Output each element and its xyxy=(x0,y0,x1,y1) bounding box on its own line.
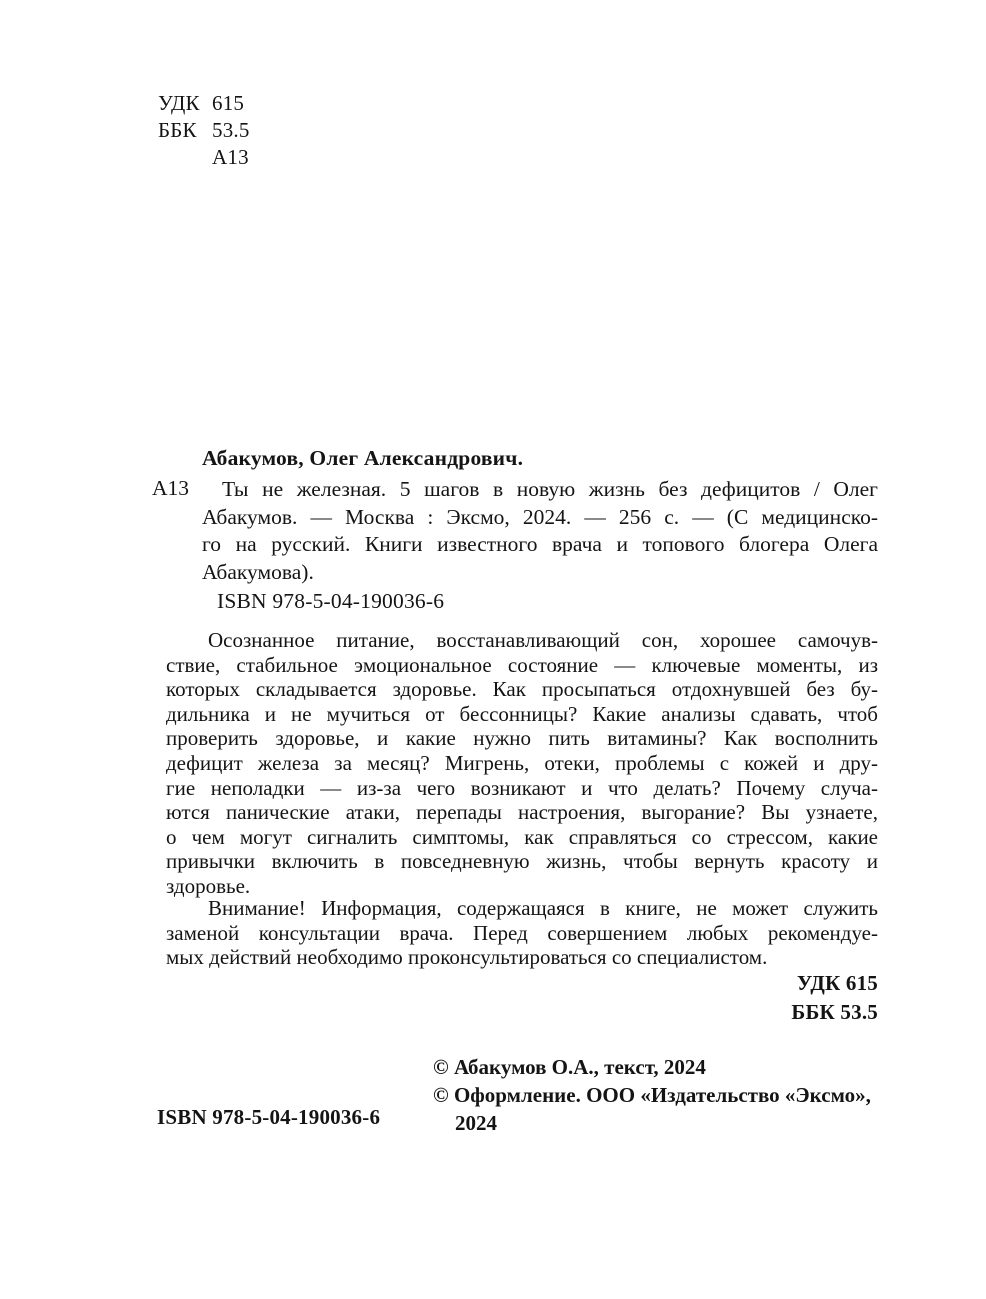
text-line: дефицит железа за месяц? Мигрень, отеки,… xyxy=(166,751,878,776)
text-line: которых складывается здоровье. Как просы… xyxy=(166,677,878,702)
warning-paragraph: Внимание! Информация, содержащаяся в кни… xyxy=(166,896,878,970)
bbk-label: ББК xyxy=(158,117,212,144)
text-line: Абакумов. — Москва : Эксмо, 2024. — 256 … xyxy=(202,504,878,532)
bibliographic-description: Ты не железная. 5 шагов в новую жизнь бе… xyxy=(202,476,878,586)
text-line: © Оформление. ООО «Издательство «Эксмо», xyxy=(433,1081,883,1109)
udk-value: 615 xyxy=(212,90,250,117)
text-line: Внимание! Информация, содержащаяся в кни… xyxy=(166,896,878,921)
text-line: Осознанное питание, восстанавливающий со… xyxy=(166,628,878,653)
footer-classification-refs: УДК 615 ББК 53.5 xyxy=(791,969,878,1027)
text-line: Ты не железная. 5 шагов в новую жизнь бе… xyxy=(202,476,878,504)
text-line: дильника и не мучиться от бессонницы? Ка… xyxy=(166,702,878,727)
footer-bbk: ББК 53.5 xyxy=(791,998,878,1027)
entry-code: А13 xyxy=(152,476,189,501)
text-line: мых действий необходимо проконсультирова… xyxy=(166,945,878,970)
copyright-block: © Абакумов О.А., текст, 2024© Оформление… xyxy=(433,1053,883,1137)
text-line: © Абакумов О.А., текст, 2024 xyxy=(433,1053,883,1081)
udk-label: УДК xyxy=(158,90,212,117)
author-heading: Абакумов, Олег Александрович. xyxy=(202,446,523,471)
author-sign: А13 xyxy=(212,144,250,171)
text-line: ствие, стабильное эмоциональное состояни… xyxy=(166,653,878,678)
text-line: заменой консультации врача. Перед соверш… xyxy=(166,921,878,946)
classification-block: УДК 615 ББК 53.5 А13 xyxy=(158,90,250,171)
author-sign-spacer xyxy=(158,144,212,171)
text-line: привычки включить в повседневную жизнь, … xyxy=(166,849,878,874)
text-line: гие неполадки — из-за чего возникают и ч… xyxy=(166,776,878,801)
text-line: о чем могут сигналить симптомы, как спра… xyxy=(166,825,878,850)
annotation-paragraph: Осознанное питание, восстанавливающий со… xyxy=(166,628,878,899)
text-line: здоровье. xyxy=(166,874,878,899)
text-line: 2024 xyxy=(455,1109,883,1137)
text-line: ются панические атаки, перепады настроен… xyxy=(166,800,878,825)
isbn-entry: ISBN 978-5-04-190036-6 xyxy=(217,589,444,614)
footer-udk: УДК 615 xyxy=(791,969,878,998)
text-line: Абакумова). xyxy=(202,559,878,587)
text-line: проверить здоровье, и какие нужно пить в… xyxy=(166,726,878,751)
text-line: го на русский. Книги известного врача и … xyxy=(202,531,878,559)
bbk-value: 53.5 xyxy=(212,117,250,144)
isbn-bottom: ISBN 978-5-04-190036-6 xyxy=(157,1105,380,1130)
imprint-page: { "classification": { "udk_label": "УДК"… xyxy=(0,0,986,1299)
